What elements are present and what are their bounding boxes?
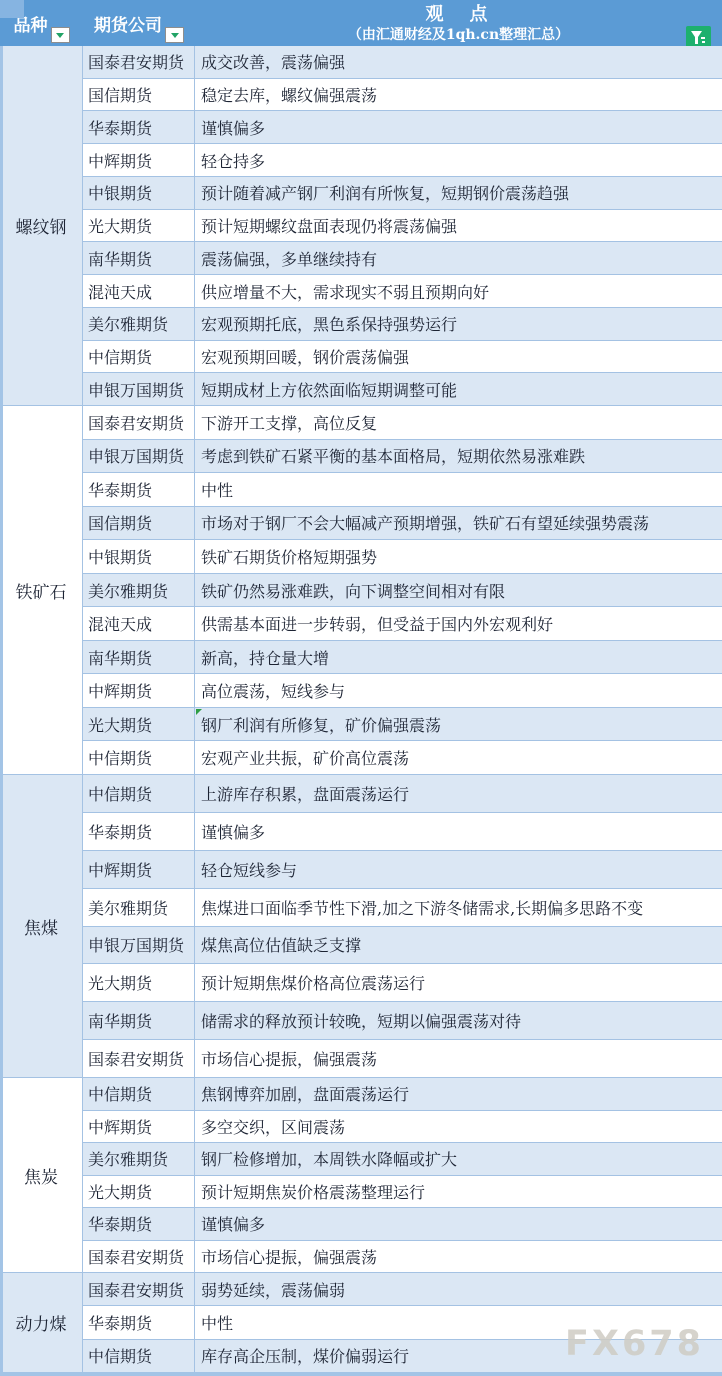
company-name: 中信期货: [88, 1344, 152, 1367]
view-cell[interactable]: 铁矿仍然易涨难跌，向下调整空间相对有限: [195, 574, 722, 607]
company-name: 申银万国期货: [88, 378, 184, 401]
table-row: 美尔雅期货焦煤进口面临季节性下滑,加之下游冬储需求,长期偏多思路不变: [83, 889, 722, 927]
table-row: 光大期货预计短期螺纹盘面表现仍将震荡偏强: [83, 210, 722, 243]
company-name: 美尔雅期货: [88, 312, 168, 335]
view-text: 中性: [201, 1311, 233, 1334]
sheet-corner: [0, 0, 24, 18]
view-cell[interactable]: 宏观预期托底，黑色系保持强势运行: [195, 308, 722, 340]
view-cell[interactable]: 上游库存积累，盘面震荡运行: [195, 775, 722, 812]
view-cell[interactable]: 煤焦高位估值缺乏支撑: [195, 927, 722, 964]
company-cell[interactable]: 中银期货: [83, 540, 195, 573]
view-cell[interactable]: 预计短期螺纹盘面表现仍将震荡偏强: [195, 210, 722, 242]
company-cell[interactable]: 国泰君安期货: [83, 406, 195, 439]
view-cell[interactable]: 钢厂检修增加，本周铁水降幅或扩大: [195, 1143, 722, 1175]
table-row: 华泰期货谨慎偏多: [83, 813, 722, 851]
section-rows: 中信期货上游库存积累，盘面震荡运行华泰期货谨慎偏多中辉期货轻仓短线参与美尔雅期货…: [83, 775, 722, 1077]
company-cell[interactable]: 光大期货: [83, 1176, 195, 1208]
view-cell[interactable]: 市场信心提振，偏强震荡: [195, 1241, 722, 1273]
company-cell[interactable]: 中辉期货: [83, 674, 195, 707]
view-cell[interactable]: 预计随着减产钢厂利润有所恢复，短期钢价震荡趋强: [195, 177, 722, 209]
view-cell[interactable]: 短期成材上方依然面临短期调整可能: [195, 373, 722, 405]
view-text: 宏观预期回暖，钢价震荡偏强: [201, 345, 409, 368]
table-row: 申银万国期货考虑到铁矿石紧平衡的基本面格局，短期依然易涨难跌: [83, 440, 722, 474]
commodity-section: 焦煤中信期货上游库存积累，盘面震荡运行华泰期货谨慎偏多中辉期货轻仓短线参与美尔雅…: [0, 775, 722, 1078]
header-company-label: 期货公司: [94, 11, 162, 36]
view-text: 中性: [201, 478, 233, 501]
view-text: 焦煤进口面临季节性下滑,加之下游冬储需求,长期偏多思路不变: [201, 896, 643, 919]
section-rows: 国泰君安期货下游开工支撑，高位反复申银万国期货考虑到铁矿石紧平衡的基本面格局，短…: [83, 406, 722, 774]
table-row: 中信期货宏观预期回暖，钢价震荡偏强: [83, 341, 722, 374]
variety-label: 动力煤: [16, 1310, 67, 1335]
funnel-glyph: [690, 30, 707, 47]
view-text: 宏观产业共振，矿价高位震荡: [201, 746, 409, 769]
table-row: 中辉期货多空交织，区间震荡: [83, 1111, 722, 1144]
table-body: 螺纹钢国泰君安期货成交改善，震荡偏强国信期货稳定去库，螺纹偏强震荡华泰期货谨慎偏…: [0, 46, 722, 1372]
table-row: 国信期货市场对于钢厂不会大幅减产预期增强，铁矿石有望延续强势震荡: [83, 507, 722, 541]
view-text: 成交改善，震荡偏强: [201, 50, 345, 73]
view-cell[interactable]: 铁矿石期货价格短期强势: [195, 540, 722, 573]
company-cell[interactable]: 美尔雅期货: [83, 889, 195, 926]
table-row: 美尔雅期货钢厂检修增加，本周铁水降幅或扩大: [83, 1143, 722, 1176]
table-row: 中信期货焦钢博弈加剧，盘面震荡运行: [83, 1078, 722, 1111]
company-name: 美尔雅期货: [88, 1147, 168, 1170]
company-cell[interactable]: 国泰君安期货: [83, 1273, 195, 1305]
view-cell[interactable]: 新高，持仓量大增: [195, 641, 722, 674]
company-name: 光大期货: [88, 1180, 152, 1203]
company-cell[interactable]: 美尔雅期货: [83, 1143, 195, 1175]
view-text: 储需求的释放预计较晚，短期以偏强震荡对待: [201, 1009, 521, 1032]
company-cell[interactable]: 中信期货: [83, 1340, 195, 1372]
view-cell[interactable]: 供需基本面进一步转弱，但受益于国内外宏观利好: [195, 607, 722, 640]
company-name: 中信期货: [88, 1082, 152, 1105]
company-name: 中辉期货: [88, 149, 152, 172]
table-row: 南华期货储需求的释放预计较晚，短期以偏强震荡对待: [83, 1002, 722, 1040]
company-cell[interactable]: 中信期货: [83, 741, 195, 774]
view-cell[interactable]: 稳定去库，螺纹偏强震荡: [195, 79, 722, 111]
company-name: 华泰期货: [88, 478, 152, 501]
table-header: 品种 期货公司 观 点 （由汇通财经及1qh.cn整理汇总）: [0, 0, 722, 46]
view-text: 弱势延续，震荡偏弱: [201, 1278, 345, 1301]
view-cell[interactable]: 宏观产业共振，矿价高位震荡: [195, 741, 722, 774]
company-name: 国信期货: [88, 83, 152, 106]
table-row: 光大期货钢厂利润有所修复，矿价偏强震荡: [83, 708, 722, 742]
company-cell[interactable]: 美尔雅期货: [83, 574, 195, 607]
company-cell[interactable]: 中信期货: [83, 341, 195, 373]
company-cell[interactable]: 美尔雅期货: [83, 308, 195, 340]
view-cell[interactable]: 预计短期焦炭价格震荡整理运行: [195, 1176, 722, 1208]
view-cell[interactable]: 谨慎偏多: [195, 111, 722, 143]
table-row: 中银期货铁矿石期货价格短期强势: [83, 540, 722, 574]
variety-label: 螺纹钢: [16, 213, 67, 238]
view-cell[interactable]: 成交改善，震荡偏强: [195, 46, 722, 78]
company-cell[interactable]: 申银万国期货: [83, 440, 195, 473]
company-name: 国泰君安期货: [88, 1278, 184, 1301]
company-name: 华泰期货: [88, 820, 152, 843]
company-cell[interactable]: 混沌天成: [83, 275, 195, 307]
company-name: 混沌天成: [88, 280, 152, 303]
company-name: 国泰君安期货: [88, 1245, 184, 1268]
view-text: 焦钢博弈加剧，盘面震荡运行: [201, 1082, 409, 1105]
view-cell[interactable]: 多空交织，区间震荡: [195, 1111, 722, 1143]
view-cell[interactable]: 震荡偏强，多单继续持有: [195, 242, 722, 274]
company-cell[interactable]: 中辉期货: [83, 1111, 195, 1143]
view-text: 新高，持仓量大增: [201, 646, 329, 669]
company-cell[interactable]: 申银万国期货: [83, 373, 195, 405]
section-rows: 国泰君安期货成交改善，震荡偏强国信期货稳定去库，螺纹偏强震荡华泰期货谨慎偏多中辉…: [83, 46, 722, 405]
view-text: 预计短期焦炭价格震荡整理运行: [201, 1180, 425, 1203]
view-cell[interactable]: 轻仓持多: [195, 144, 722, 176]
company-name: 华泰期货: [88, 116, 152, 139]
table-row: 混沌天成供应增量不大，需求现实不弱且预期向好: [83, 275, 722, 308]
variety-cell[interactable]: 动力煤: [0, 1273, 83, 1372]
header-viewpoint-subtitle: （由汇通财经及1qh.cn整理汇总）: [348, 27, 569, 45]
view-cell[interactable]: 考虑到铁矿石紧平衡的基本面格局，短期依然易涨难跌: [195, 440, 722, 473]
company-cell[interactable]: 中辉期货: [83, 851, 195, 888]
view-text: 铁矿石期货价格短期强势: [201, 545, 377, 568]
company-cell[interactable]: 国泰君安期货: [83, 46, 195, 78]
company-name: 华泰期货: [88, 1311, 152, 1334]
spreadsheet: 品种 期货公司 观 点 （由汇通财经及1qh.cn整理汇总） 螺纹钢国泰君安期货…: [0, 0, 722, 1376]
table-row: 美尔雅期货宏观预期托底，黑色系保持强势运行: [83, 308, 722, 341]
view-text: 预计随着减产钢厂利润有所恢复，短期钢价震荡趋强: [201, 181, 569, 204]
table-row: 中银期货预计随着减产钢厂利润有所恢复，短期钢价震荡趋强: [83, 177, 722, 210]
company-name: 南华期货: [88, 247, 152, 270]
view-text: 供应增量不大，需求现实不弱且预期向好: [201, 280, 489, 303]
table-row: 申银万国期货煤焦高位估值缺乏支撑: [83, 927, 722, 965]
company-name: 混沌天成: [88, 612, 152, 635]
view-cell[interactable]: 焦煤进口面临季节性下滑,加之下游冬储需求,长期偏多思路不变: [195, 889, 722, 926]
company-cell[interactable]: 中银期货: [83, 177, 195, 209]
company-cell[interactable]: 中辉期货: [83, 144, 195, 176]
table-row: 光大期货预计短期焦煤价格高位震荡运行: [83, 964, 722, 1002]
company-cell[interactable]: 华泰期货: [83, 1208, 195, 1240]
company-name: 美尔雅期货: [88, 896, 168, 919]
company-name: 申银万国期货: [88, 444, 184, 467]
view-text: 谨慎偏多: [201, 1212, 265, 1235]
company-name: 美尔雅期货: [88, 579, 168, 602]
view-text: 供需基本面进一步转弱，但受益于国内外宏观利好: [201, 612, 553, 635]
view-cell[interactable]: 谨慎偏多: [195, 1208, 722, 1240]
header-company[interactable]: 期货公司: [83, 0, 195, 46]
table-row: 美尔雅期货铁矿仍然易涨难跌，向下调整空间相对有限: [83, 574, 722, 608]
view-cell[interactable]: 弱势延续，震荡偏弱: [195, 1273, 722, 1305]
company-name: 光大期货: [88, 971, 152, 994]
company-cell[interactable]: 光大期货: [83, 708, 195, 741]
company-name: 国信期货: [88, 511, 152, 534]
view-text: 震荡偏强，多单继续持有: [201, 247, 377, 270]
company-name: 中信期货: [88, 746, 152, 769]
company-cell[interactable]: 国信期货: [83, 79, 195, 111]
view-cell[interactable]: 下游开工支撑，高位反复: [195, 406, 722, 439]
sheet-bottom-edge: [0, 1372, 722, 1376]
variety-cell[interactable]: 焦煤: [0, 775, 83, 1077]
view-text: 短期成材上方依然面临短期调整可能: [201, 378, 457, 401]
table-row: 国信期货稳定去库，螺纹偏强震荡: [83, 79, 722, 112]
section-rows: 中信期货焦钢博弈加剧，盘面震荡运行中辉期货多空交织，区间震荡美尔雅期货钢厂检修增…: [83, 1078, 722, 1272]
company-cell[interactable]: 混沌天成: [83, 607, 195, 640]
table-row: 中辉期货轻仓持多: [83, 144, 722, 177]
company-name: 光大期货: [88, 214, 152, 237]
view-cell[interactable]: 供应增量不大，需求现实不弱且预期向好: [195, 275, 722, 307]
company-name: 南华期货: [88, 1009, 152, 1032]
table-row: 国泰君安期货下游开工支撑，高位反复: [83, 406, 722, 440]
company-name: 国泰君安期货: [88, 1047, 184, 1070]
table-row: 华泰期货谨慎偏多: [83, 1208, 722, 1241]
table-row: 光大期货预计短期焦炭价格震荡整理运行: [83, 1176, 722, 1209]
company-filter-dropdown-icon[interactable]: [165, 27, 184, 43]
company-name: 申银万国期货: [88, 933, 184, 956]
table-row: 南华期货新高，持仓量大增: [83, 641, 722, 675]
company-cell[interactable]: 中信期货: [83, 775, 195, 812]
view-text: 煤焦高位估值缺乏支撑: [201, 933, 361, 956]
company-cell[interactable]: 光大期货: [83, 210, 195, 242]
table-row: 中辉期货轻仓短线参与: [83, 851, 722, 889]
view-text: 高位震荡，短线参与: [201, 679, 345, 702]
company-name: 中银期货: [88, 545, 152, 568]
commodity-section: 焦炭中信期货焦钢博弈加剧，盘面震荡运行中辉期货多空交织，区间震荡美尔雅期货钢厂检…: [0, 1078, 722, 1273]
variety-label: 铁矿石: [16, 578, 67, 603]
company-name: 光大期货: [88, 713, 152, 736]
company-cell[interactable]: 华泰期货: [83, 813, 195, 850]
company-cell[interactable]: 南华期货: [83, 641, 195, 674]
view-cell[interactable]: 预计短期焦煤价格高位震荡运行: [195, 964, 722, 1001]
table-row: 中辉期货高位震荡，短线参与: [83, 674, 722, 708]
table-row: 国泰君安期货市场信心提振，偏强震荡: [83, 1040, 722, 1077]
table-row: 国泰君安期货市场信心提振，偏强震荡: [83, 1241, 722, 1273]
table-row: 申银万国期货短期成材上方依然面临短期调整可能: [83, 373, 722, 405]
company-name: 华泰期货: [88, 1212, 152, 1235]
header-viewpoint-title: 观 点: [426, 4, 492, 27]
company-name: 国泰君安期货: [88, 50, 184, 73]
company-name: 中信期货: [88, 782, 152, 805]
view-text: 上游库存积累，盘面震荡运行: [201, 782, 409, 805]
commodity-section: 铁矿石国泰君安期货下游开工支撑，高位反复申银万国期货考虑到铁矿石紧平衡的基本面格…: [0, 406, 722, 775]
company-name: 中辉期货: [88, 679, 152, 702]
view-cell[interactable]: 市场对于钢厂不会大幅减产预期增强，铁矿石有望延续强势震荡: [195, 507, 722, 540]
company-name: 中信期货: [88, 345, 152, 368]
variety-label: 焦炭: [24, 1163, 58, 1188]
variety-label: 焦煤: [24, 914, 58, 939]
table-row: 国泰君安期货成交改善，震荡偏强: [83, 46, 722, 79]
cell-comment-marker-icon: [196, 709, 202, 715]
variety-cell[interactable]: 铁矿石: [0, 406, 83, 774]
variety-cell[interactable]: 螺纹钢: [0, 46, 83, 405]
view-cell[interactable]: 谨慎偏多: [195, 813, 722, 850]
company-cell[interactable]: 国泰君安期货: [83, 1241, 195, 1273]
company-cell[interactable]: 华泰期货: [83, 1306, 195, 1338]
view-text: 市场信心提振，偏强震荡: [201, 1047, 377, 1070]
view-text: 市场信心提振，偏强震荡: [201, 1245, 377, 1268]
view-cell[interactable]: 轻仓短线参与: [195, 851, 722, 888]
view-text: 下游开工支撑，高位反复: [201, 411, 377, 434]
variety-cell[interactable]: 焦炭: [0, 1078, 83, 1272]
company-name: 中辉期货: [88, 858, 152, 881]
view-cell[interactable]: 焦钢博弈加剧，盘面震荡运行: [195, 1078, 722, 1110]
table-row: 中信期货宏观产业共振，矿价高位震荡: [83, 741, 722, 774]
company-cell[interactable]: 国泰君安期货: [83, 1040, 195, 1077]
view-text: 轻仓持多: [201, 149, 265, 172]
company-cell[interactable]: 南华期货: [83, 1002, 195, 1039]
table-row: 华泰期货谨慎偏多: [83, 111, 722, 144]
view-cell[interactable]: 市场信心提振，偏强震荡: [195, 1040, 722, 1077]
company-cell[interactable]: 中信期货: [83, 1078, 195, 1110]
view-text: 轻仓短线参与: [201, 858, 297, 881]
view-text: 预计短期螺纹盘面表现仍将震荡偏强: [201, 214, 457, 237]
company-name: 中辉期货: [88, 1115, 152, 1138]
view-text: 谨慎偏多: [201, 116, 265, 139]
table-row: 混沌天成供需基本面进一步转弱，但受益于国内外宏观利好: [83, 607, 722, 641]
view-text: 宏观预期托底，黑色系保持强势运行: [201, 312, 457, 335]
company-cell[interactable]: 光大期货: [83, 964, 195, 1001]
view-cell[interactable]: 钢厂利润有所修复，矿价偏强震荡: [195, 708, 722, 741]
view-cell[interactable]: 中性: [195, 473, 722, 506]
company-name: 南华期货: [88, 646, 152, 669]
company-name: 中银期货: [88, 181, 152, 204]
commodity-section: 螺纹钢国泰君安期货成交改善，震荡偏强国信期货稳定去库，螺纹偏强震荡华泰期货谨慎偏…: [0, 46, 722, 406]
table-row: 中信期货上游库存积累，盘面震荡运行: [83, 775, 722, 813]
view-text: 铁矿仍然易涨难跌，向下调整空间相对有限: [201, 579, 505, 602]
view-text: 稳定去库，螺纹偏强震荡: [201, 83, 377, 106]
table-row: 华泰期货中性: [83, 473, 722, 507]
view-cell[interactable]: 宏观预期回暖，钢价震荡偏强: [195, 341, 722, 373]
company-cell[interactable]: 华泰期货: [83, 473, 195, 506]
sheet-left-edge: [0, 46, 3, 1376]
company-name: 国泰君安期货: [88, 411, 184, 434]
view-cell[interactable]: 高位震荡，短线参与: [195, 674, 722, 707]
view-text: 多空交织，区间震荡: [201, 1115, 345, 1138]
view-cell[interactable]: 储需求的释放预计较晚，短期以偏强震荡对待: [195, 1002, 722, 1039]
view-text: 市场对于钢厂不会大幅减产预期增强，铁矿石有望延续强势震荡: [201, 511, 649, 534]
view-text: 考虑到铁矿石紧平衡的基本面格局，短期依然易涨难跌: [201, 444, 585, 467]
company-cell[interactable]: 申银万国期货: [83, 927, 195, 964]
header-viewpoint[interactable]: 观 点 （由汇通财经及1qh.cn整理汇总）: [195, 0, 722, 46]
view-text: 谨慎偏多: [201, 820, 265, 843]
view-text: 钢厂利润有所修复，矿价偏强震荡: [201, 713, 441, 736]
table-row: 国泰君安期货弱势延续，震荡偏弱: [83, 1273, 722, 1306]
variety-filter-dropdown-icon[interactable]: [51, 27, 70, 43]
view-text: 钢厂检修增加，本周铁水降幅或扩大: [201, 1147, 457, 1170]
view-text: 库存高企压制，煤价偏弱运行: [201, 1344, 409, 1367]
company-cell[interactable]: 华泰期货: [83, 111, 195, 143]
company-cell[interactable]: 国信期货: [83, 507, 195, 540]
table-row: 南华期货震荡偏强，多单继续持有: [83, 242, 722, 275]
view-text: 预计短期焦煤价格高位震荡运行: [201, 971, 425, 994]
company-cell[interactable]: 南华期货: [83, 242, 195, 274]
watermark: FX678: [565, 1324, 704, 1364]
